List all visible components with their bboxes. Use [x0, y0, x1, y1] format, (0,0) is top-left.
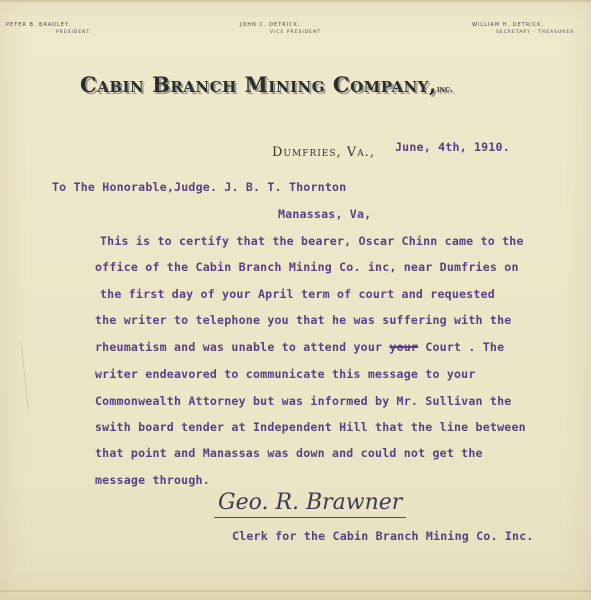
body-line: message through. [95, 473, 210, 487]
pencil-mark [20, 339, 42, 410]
letter-date: June, 4th, 1910. [395, 140, 510, 154]
officer-title: SECRETARY - TREASURER [472, 29, 574, 37]
body-line: that point and Manassas was down and cou… [95, 446, 483, 460]
officer-secretary-treasurer: WILLIAM H. DETRICK, SECRETARY - TREASURE… [472, 21, 574, 37]
struck-word: your [389, 340, 418, 354]
body-line: swith board tender at Independent Hill t… [95, 420, 526, 434]
addressee: To The Honorable,Judge. J. B. T. Thornto… [52, 180, 346, 194]
body-line: office of the Cabin Branch Mining Co. in… [95, 260, 519, 274]
officer-president: PETER B. BRADLEY, PRESIDENT. [6, 21, 92, 37]
body-line: the first day of your April term of cour… [100, 287, 495, 301]
body-line: Commonwealth Attorney but was informed b… [95, 394, 511, 408]
officer-title: PRESIDENT. [6, 29, 92, 37]
officer-name: WILLIAM H. DETRICK, [472, 22, 544, 28]
bottom-fold [0, 590, 591, 592]
body-line-tail: Court . The [425, 340, 504, 354]
officer-name: PETER B. BRADLEY, [6, 22, 72, 28]
body-line: the writer to telephone you that he was … [95, 313, 511, 327]
body-line-text: rheumatism and was unable to attend your [95, 340, 382, 354]
body-line: writer endeavored to communicate this me… [95, 367, 476, 381]
signer-title: Clerk for the Cabin Branch Mining Co. In… [232, 529, 534, 543]
company-name-text: Cabin Branch Mining Company, [80, 72, 437, 97]
top-edge [0, 0, 591, 2]
officer-vice-president: JOHN C. DETRICK, VICE PRESIDENT [240, 21, 321, 37]
company-name: Cabin Branch Mining Company,inc. [80, 72, 540, 97]
letter-page: PETER B. BRADLEY, PRESIDENT. JOHN C. DET… [0, 0, 591, 600]
officer-title: VICE PRESIDENT [240, 29, 321, 37]
signature: Geo. R. Brawner [214, 490, 406, 518]
letterhead-place: Dumfries, Va., [272, 145, 375, 160]
company-suffix: inc. [437, 85, 453, 95]
body-line: rheumatism and was unable to attend your… [95, 340, 504, 354]
body-line: This is to certify that the bearer, Osca… [100, 234, 524, 248]
address-city: Manassas, Va, [278, 207, 371, 221]
officer-name: JOHN C. DETRICK, [240, 22, 301, 28]
